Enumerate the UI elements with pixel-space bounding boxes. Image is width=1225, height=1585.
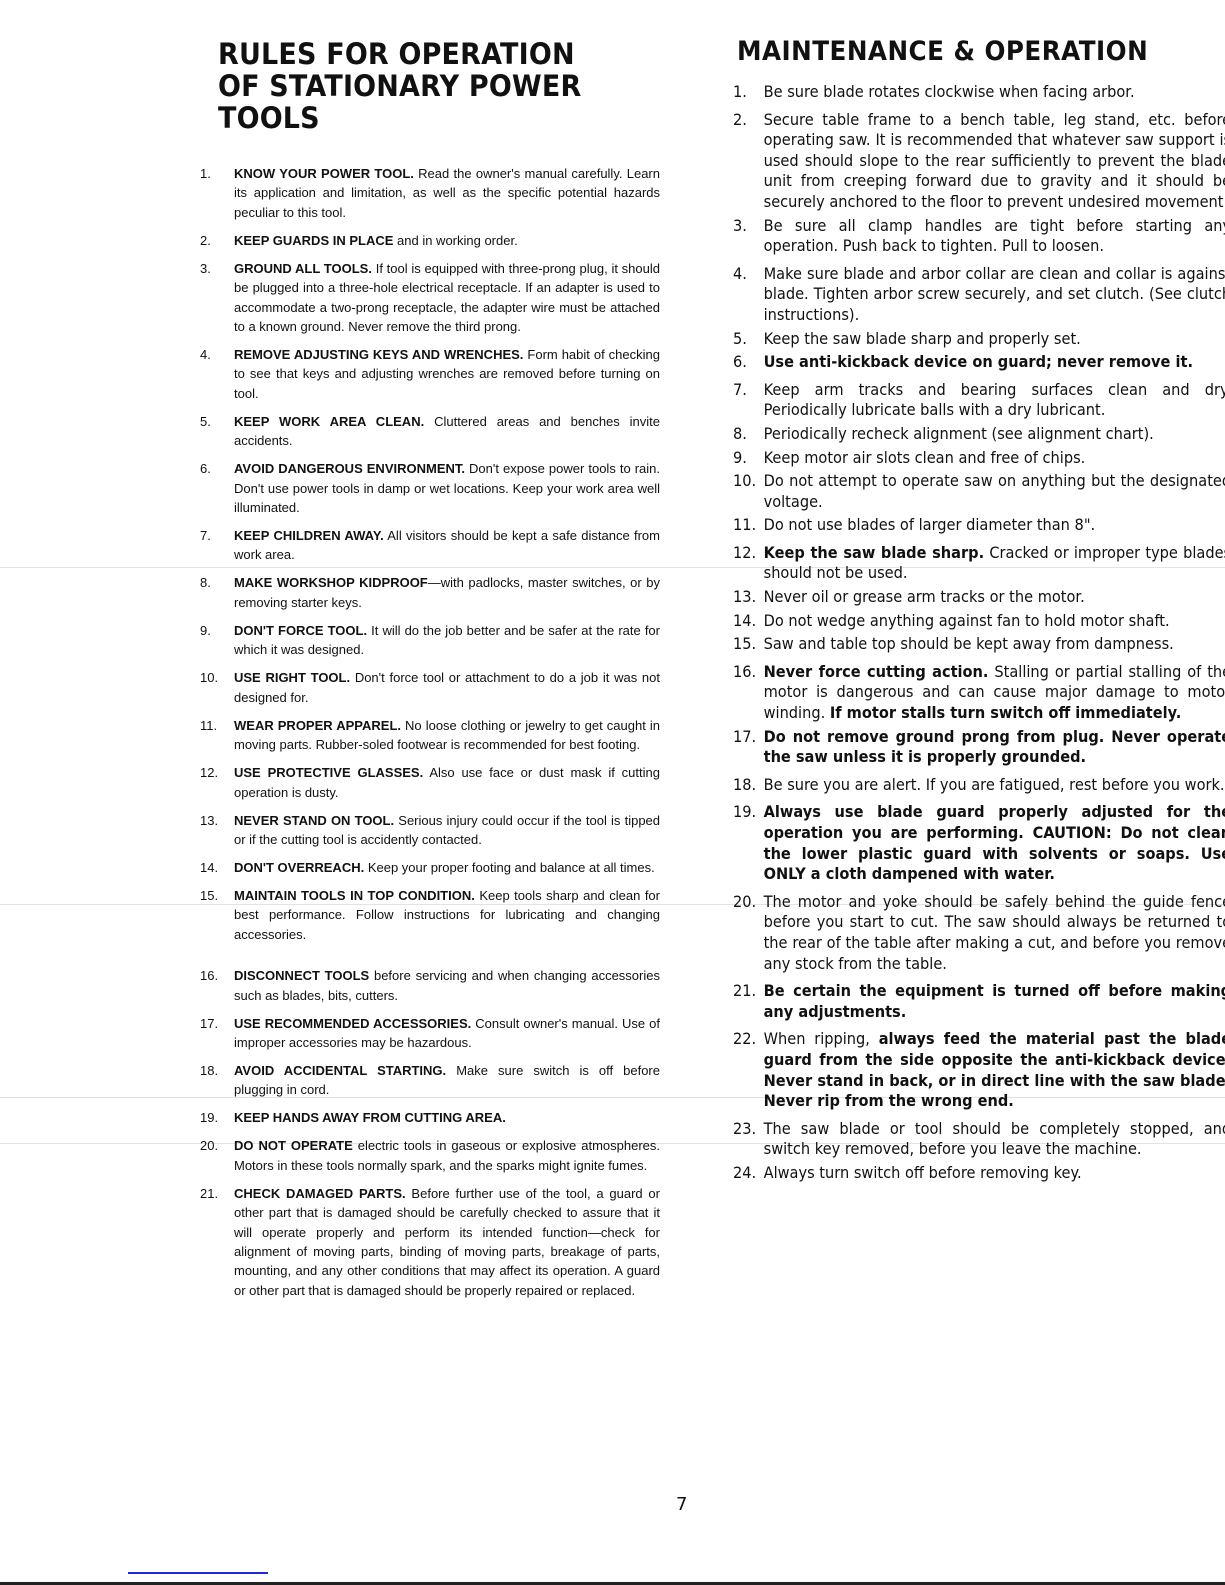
- maintenance-number: 21.: [733, 981, 756, 1002]
- rule-heading: KEEP GUARDS IN PLACE: [234, 233, 393, 248]
- rule-number: 13.: [200, 811, 218, 830]
- rule-item: 10.USE RIGHT TOOL. Don't force tool or a…: [200, 668, 660, 707]
- maintenance-item: 21.Be certain the equipment is turned of…: [733, 981, 1225, 1022]
- maintenance-item: 13.Never oil or grease arm tracks or the…: [733, 587, 1225, 608]
- maintenance-item: 12.Keep the saw blade sharp. Cracked or …: [733, 543, 1225, 584]
- rule-item: 8.MAKE WORKSHOP KIDPROOF—with padlocks, …: [200, 573, 660, 612]
- rule-heading: MAKE WORKSHOP KIDPROOF: [234, 575, 428, 590]
- maintenance-number: 7.: [733, 380, 747, 401]
- rule-item: 6.AVOID DANGEROUS ENVIRONMENT. Don't exp…: [200, 459, 660, 517]
- maintenance-number: 6.: [733, 352, 747, 373]
- maintenance-text: Be sure blade rotates clockwise when fac…: [764, 82, 1135, 101]
- maintenance-text: Saw and table top should be kept away fr…: [764, 634, 1174, 653]
- rule-item: 4.REMOVE ADJUSTING KEYS AND WRENCHES. Fo…: [200, 345, 660, 403]
- maintenance-number: 11.: [733, 515, 756, 536]
- rule-heading: DON'T FORCE TOOL.: [234, 623, 367, 638]
- rule-number: 11.: [200, 716, 217, 735]
- rule-item: 11.WEAR PROPER APPAREL. No loose clothin…: [200, 716, 660, 755]
- maintenance-number: 12.: [733, 543, 756, 564]
- maintenance-item: 2.Secure table frame to a bench table, l…: [733, 110, 1225, 213]
- rule-text: Before further use of the tool, a guard …: [234, 1186, 660, 1298]
- rule-number: 6.: [200, 459, 211, 478]
- maintenance-number: 24.: [733, 1163, 756, 1184]
- maintenance-item: 15.Saw and table top should be kept away…: [733, 634, 1225, 655]
- maintenance-number: 4.: [733, 264, 747, 285]
- rule-item: 9.DON'T FORCE TOOL. It will do the job b…: [200, 621, 660, 660]
- rule-number: 7.: [200, 526, 211, 545]
- rule-heading: KEEP CHILDREN AWAY.: [234, 528, 384, 543]
- maintenance-item: 16.Never force cutting action. Stalling …: [733, 662, 1225, 724]
- maintenance-number: 20.: [733, 892, 756, 913]
- maintenance-text: When ripping,: [764, 1029, 879, 1048]
- rule-heading: KEEP WORK AREA CLEAN.: [234, 414, 424, 429]
- rule-heading: DISCONNECT TOOLS: [234, 968, 369, 983]
- rule-number: 15.: [200, 886, 218, 905]
- maintenance-text: Always turn switch off before removing k…: [764, 1163, 1082, 1182]
- maintenance-text: Keep the saw blade sharp and properly se…: [764, 329, 1081, 348]
- maintenance-item: 7.Keep arm tracks and bearing surfaces c…: [733, 380, 1225, 421]
- rule-number: 4.: [200, 345, 211, 364]
- rules-title-line1: RULES FOR OPERATION: [218, 37, 575, 71]
- rule-heading: USE RECOMMENDED ACCESSORIES.: [234, 1016, 471, 1031]
- rule-item: 17.USE RECOMMENDED ACCESSORIES. Consult …: [200, 1014, 660, 1053]
- rule-item: 21.CHECK DAMAGED PARTS. Before further u…: [200, 1184, 660, 1300]
- maintenance-number: 18.: [733, 775, 756, 796]
- maintenance-item: 6.Use anti-kickback device on guard; nev…: [733, 352, 1225, 373]
- maintenance-item: 5.Keep the saw blade sharp and properly …: [733, 329, 1225, 350]
- rule-heading: REMOVE ADJUSTING KEYS AND WRENCHES.: [234, 347, 523, 362]
- maintenance-number: 2.: [733, 110, 747, 131]
- rule-number: 9.: [200, 621, 211, 640]
- maintenance-text: Do not wedge anything against fan to hol…: [764, 611, 1170, 630]
- maintenance-number: 19.: [733, 802, 756, 823]
- maintenance-text: Never oil or grease arm tracks or the mo…: [764, 587, 1085, 606]
- rule-heading: NEVER STAND ON TOOL.: [234, 813, 394, 828]
- maintenance-number: 8.: [733, 424, 747, 445]
- maintenance-number: 9.: [733, 448, 747, 469]
- maintenance-item: 23.The saw blade or tool should be compl…: [733, 1119, 1225, 1160]
- rules-title: RULES FOR OPERATION OF STATIONARY POWER …: [218, 38, 629, 134]
- maintenance-item: 8.Periodically recheck alignment (see al…: [733, 424, 1225, 445]
- rule-text: and in working order.: [393, 233, 517, 248]
- rule-heading: CHECK DAMAGED PARTS.: [234, 1186, 406, 1201]
- maintenance-item: 10.Do not attempt to operate saw on anyt…: [733, 471, 1225, 512]
- maintenance-text: Be sure you are alert. If you are fatigu…: [764, 775, 1225, 794]
- rule-number: 3.: [200, 259, 211, 278]
- rule-number: 19.: [200, 1108, 218, 1127]
- maintenance-column: MAINTENANCE & OPERATION 1.Be sure blade …: [733, 36, 1201, 1187]
- rule-item: 14.DON'T OVERREACH. Keep your proper foo…: [200, 858, 660, 877]
- maintenance-text: Do not use blades of larger diameter tha…: [764, 515, 1096, 534]
- maintenance-text: Make sure blade and arbor collar are cle…: [764, 264, 1225, 324]
- rule-number: 10.: [200, 668, 218, 687]
- maintenance-item: 17.Do not remove ground prong from plug.…: [733, 727, 1225, 768]
- maintenance-item: 19.Always use blade guard properly adjus…: [733, 802, 1225, 884]
- maintenance-number: 13.: [733, 587, 756, 608]
- rules-column: RULES FOR OPERATION OF STATIONARY POWER …: [200, 38, 660, 1309]
- rules-title-line2: OF STATIONARY POWER TOOLS: [218, 69, 581, 135]
- maintenance-text: Keep motor air slots clean and free of c…: [764, 448, 1086, 467]
- maintenance-item: 11.Do not use blades of larger diameter …: [733, 515, 1225, 536]
- maintenance-item: 4.Make sure blade and arbor collar are c…: [733, 264, 1225, 326]
- rule-item: 20.DO NOT OPERATE electric tools in gase…: [200, 1136, 660, 1175]
- rule-number: 2.: [200, 231, 211, 250]
- rule-item: 15.MAINTAIN TOOLS IN TOP CONDITION. Keep…: [200, 886, 660, 944]
- rule-item: 12.USE PROTECTIVE GLASSES. Also use face…: [200, 763, 660, 802]
- maintenance-number: 15.: [733, 634, 756, 655]
- maintenance-text: Do not attempt to operate saw on anythin…: [764, 471, 1225, 511]
- rule-heading: GROUND ALL TOOLS.: [234, 261, 372, 276]
- rule-heading: AVOID DANGEROUS ENVIRONMENT.: [234, 461, 465, 476]
- rule-item: 3.GROUND ALL TOOLS. If tool is equipped …: [200, 259, 660, 337]
- maintenance-bold-text: Always use blade guard properly adjusted…: [764, 802, 1225, 883]
- rule-number: 1.: [200, 164, 211, 183]
- maintenance-number: 17.: [733, 727, 756, 748]
- rule-number: 21.: [200, 1184, 218, 1203]
- maintenance-item: 22.When ripping, always feed the materia…: [733, 1029, 1225, 1111]
- maintenance-item: 14.Do not wedge anything against fan to …: [733, 611, 1225, 632]
- maintenance-number: 14.: [733, 611, 756, 632]
- rules-list: 1.KNOW YOUR POWER TOOL. Read the owner's…: [200, 164, 660, 1300]
- maintenance-text: Keep arm tracks and bearing surfaces cle…: [764, 380, 1225, 420]
- maintenance-number: 1.: [733, 82, 747, 103]
- rule-number: 12.: [200, 763, 218, 782]
- maintenance-text: The motor and yoke should be safely behi…: [764, 892, 1225, 973]
- maintenance-number: 22.: [733, 1029, 756, 1050]
- maintenance-bold-text: If motor stalls turn switch off immediat…: [830, 703, 1181, 722]
- rule-item: 7.KEEP CHILDREN AWAY. All visitors shoul…: [200, 526, 660, 565]
- maintenance-item: 18.Be sure you are alert. If you are fat…: [733, 775, 1225, 796]
- rule-item: 2.KEEP GUARDS IN PLACE and in working or…: [200, 231, 660, 250]
- rule-item: 1.KNOW YOUR POWER TOOL. Read the owner's…: [200, 164, 660, 222]
- maintenance-item: 24.Always turn switch off before removin…: [733, 1163, 1225, 1184]
- maintenance-number: 23.: [733, 1119, 756, 1140]
- rule-item: 16.DISCONNECT TOOLS before servicing and…: [200, 966, 660, 1005]
- maintenance-list: 1.Be sure blade rotates clockwise when f…: [733, 82, 1201, 1184]
- maintenance-text: Periodically recheck alignment (see alig…: [764, 424, 1154, 443]
- rule-number: 14.: [200, 858, 218, 877]
- rule-heading: USE RIGHT TOOL.: [234, 670, 350, 685]
- rule-heading: AVOID ACCIDENTAL STARTING.: [234, 1063, 446, 1078]
- maintenance-number: 10.: [733, 471, 756, 492]
- blue-underline-mark: [128, 1572, 268, 1574]
- maintenance-item: 20.The motor and yoke should be safely b…: [733, 892, 1225, 974]
- rule-number: 20.: [200, 1136, 218, 1155]
- maintenance-text: Be sure all clamp handles are tight befo…: [764, 216, 1225, 256]
- rule-number: 16.: [200, 966, 218, 985]
- maintenance-number: 16.: [733, 662, 756, 683]
- rule-number: 17.: [200, 1014, 218, 1033]
- rule-heading: WEAR PROPER APPAREL.: [234, 718, 401, 733]
- maintenance-bold-text: Be certain the equipment is turned off b…: [764, 981, 1225, 1021]
- rule-item: 19.KEEP HANDS AWAY FROM CUTTING AREA.: [200, 1108, 660, 1127]
- rule-heading: KEEP HANDS AWAY FROM CUTTING AREA.: [234, 1110, 506, 1125]
- maintenance-bold-text: Use anti-kickback device on guard; never…: [764, 352, 1193, 371]
- maintenance-bold-text: Never force cutting action.: [764, 662, 989, 681]
- rule-heading: DO NOT OPERATE: [234, 1138, 353, 1153]
- rule-number: 18.: [200, 1061, 218, 1080]
- maintenance-number: 3.: [733, 216, 747, 237]
- page-number: 7: [676, 1494, 687, 1515]
- rule-heading: USE PROTECTIVE GLASSES.: [234, 765, 423, 780]
- rule-number: 8.: [200, 573, 211, 592]
- maintenance-text: Secure table frame to a bench table, leg…: [764, 110, 1225, 211]
- maintenance-item: 3.Be sure all clamp handles are tight be…: [733, 216, 1225, 257]
- maintenance-number: 5.: [733, 329, 747, 350]
- rule-item: 13.NEVER STAND ON TOOL. Serious injury c…: [200, 811, 660, 850]
- rule-heading: DON'T OVERREACH.: [234, 860, 364, 875]
- maintenance-item: 1.Be sure blade rotates clockwise when f…: [733, 82, 1225, 103]
- rule-item: 18.AVOID ACCIDENTAL STARTING. Make sure …: [200, 1061, 660, 1100]
- maintenance-bold-text: Do not remove ground prong from plug. Ne…: [764, 727, 1225, 767]
- maintenance-text: The saw blade or tool should be complete…: [764, 1119, 1225, 1159]
- rule-item: 5.KEEP WORK AREA CLEAN. Cluttered areas …: [200, 412, 660, 451]
- maintenance-title: MAINTENANCE & OPERATION: [737, 36, 1169, 68]
- rule-heading: MAINTAIN TOOLS IN TOP CONDITION.: [234, 888, 475, 903]
- rule-text: Keep your proper footing and balance at …: [364, 860, 655, 875]
- maintenance-bold-text: Keep the saw blade sharp.: [764, 543, 985, 562]
- rule-heading: KNOW YOUR POWER TOOL.: [234, 166, 414, 181]
- rule-number: 5.: [200, 412, 211, 431]
- maintenance-item: 9.Keep motor air slots clean and free of…: [733, 448, 1225, 469]
